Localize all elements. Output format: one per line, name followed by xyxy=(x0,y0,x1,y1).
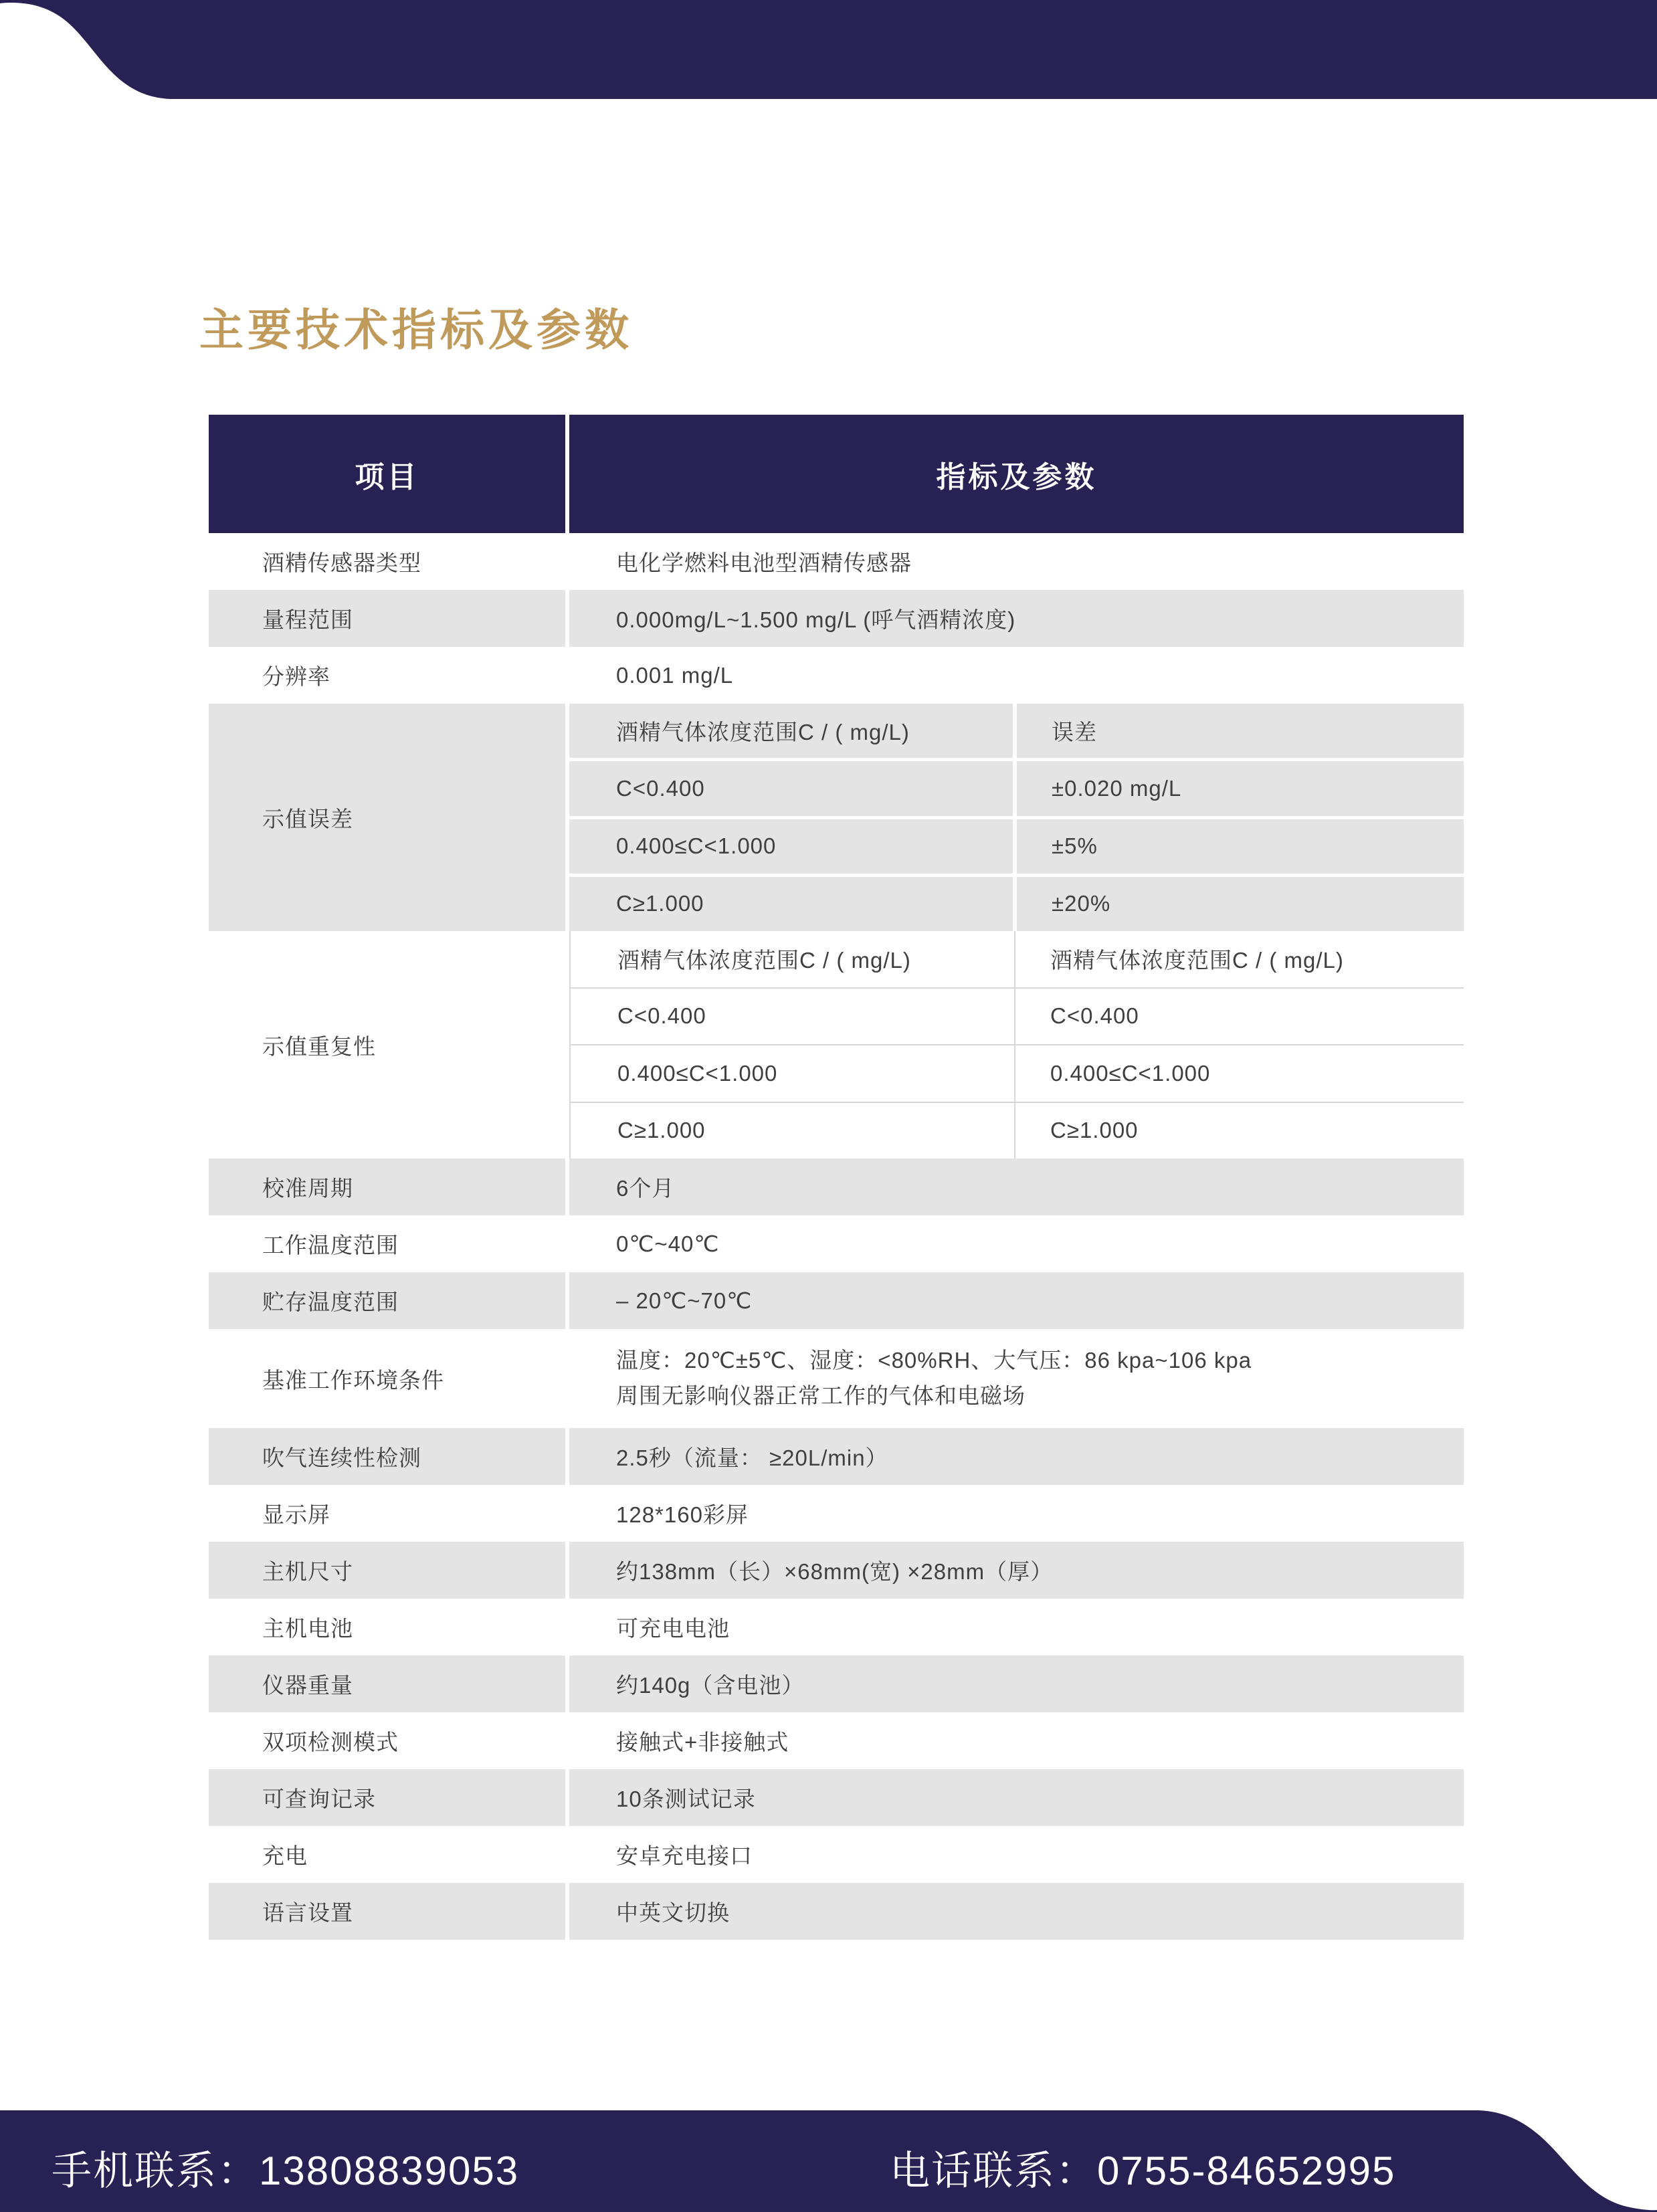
row-value: 0℃~40℃ xyxy=(569,1215,1464,1272)
sub-row: 酒精气体浓度范围C / ( mg/L) 酒精气体浓度范围C / ( mg/L) xyxy=(571,931,1464,987)
row-label: 分辨率 xyxy=(209,647,565,704)
table-row: 工作温度范围 0℃~40℃ xyxy=(209,1215,1464,1272)
table-row: 仪器重量 约140g（含电池） xyxy=(209,1655,1464,1712)
table-header-row: 项目 指标及参数 xyxy=(209,415,1464,533)
row-value: 0.001 mg/L xyxy=(569,647,1464,704)
sub-cell: 误差 xyxy=(1017,704,1464,758)
sub-cell: C<0.400 xyxy=(571,989,1014,1045)
footer-banner: 手机联系：13808839053 电话联系：0755-84652995 xyxy=(0,2110,1657,2212)
row-label: 示值误差 xyxy=(209,704,565,931)
row-value: 安卓充电接口 xyxy=(569,1826,1464,1883)
sub-cell: 酒精气体浓度范围C / ( mg/L) xyxy=(569,704,1013,758)
row-label: 充电 xyxy=(209,1826,565,1883)
sub-cell: C<0.400 xyxy=(1015,989,1464,1045)
table-row: 吹气连续性检测 2.5秒（流量： ≥20L/min） xyxy=(209,1428,1464,1485)
row-label: 示值重复性 xyxy=(209,931,565,1159)
sub-row: 酒精气体浓度范围C / ( mg/L) 误差 xyxy=(569,704,1464,758)
row-value: – 20℃~70℃ xyxy=(569,1272,1464,1329)
row-value: 温度：20℃±5℃、湿度：<80%RH、大气压：86 kpa~106 kpa 周… xyxy=(569,1329,1464,1428)
sub-cell: 酒精气体浓度范围C / ( mg/L) xyxy=(571,931,1014,987)
sub-cell: ±5% xyxy=(1017,819,1464,874)
sub-cell: ±0.020 mg/L xyxy=(1017,761,1464,815)
row-value: 128*160彩屏 xyxy=(569,1485,1464,1542)
repeat-subtable: 酒精气体浓度范围C / ( mg/L) 酒精气体浓度范围C / ( mg/L) … xyxy=(569,931,1464,1159)
row-value: 电化学燃料电池型酒精传感器 xyxy=(569,533,1464,590)
footer-mobile-contact: 手机联系：13808839053 xyxy=(52,2139,519,2197)
row-label: 校准周期 xyxy=(209,1159,565,1215)
table-row: 可查询记录 10条测试记录 xyxy=(209,1769,1464,1826)
row-label: 仪器重量 xyxy=(209,1655,565,1712)
row-value: 可充电电池 xyxy=(569,1599,1464,1655)
sub-cell: 0.400≤C<1.000 xyxy=(569,819,1013,874)
spec-table: 项目 指标及参数 酒精传感器类型 电化学燃料电池型酒精传感器 量程范围 0.00… xyxy=(209,415,1464,1940)
table-row: 双项检测模式 接触式+非接触式 xyxy=(209,1712,1464,1769)
sub-row: C≥1.000 ±20% xyxy=(569,877,1464,931)
error-subtable: 酒精气体浓度范围C / ( mg/L) 误差 C<0.400 ±0.020 mg… xyxy=(569,704,1464,931)
footer-phone-contact: 电话联系：0755-84652995 xyxy=(890,2139,1395,2197)
sub-cell: C<0.400 xyxy=(569,761,1013,815)
row-value: 接触式+非接触式 xyxy=(569,1712,1464,1769)
table-row: 酒精传感器类型 电化学燃料电池型酒精传感器 xyxy=(209,533,1464,590)
table-row-environment: 基准工作环境条件 温度：20℃±5℃、湿度：<80%RH、大气压：86 kpa~… xyxy=(209,1329,1464,1428)
row-value: 约138mm（长）×68mm(宽) ×28mm（厚） xyxy=(569,1542,1464,1599)
row-label: 工作温度范围 xyxy=(209,1215,565,1272)
sub-row: C<0.400 ±0.020 mg/L xyxy=(569,761,1464,815)
row-label: 主机尺寸 xyxy=(209,1542,565,1599)
row-value: 中英文切换 xyxy=(569,1883,1464,1940)
row-value: 10条测试记录 xyxy=(569,1769,1464,1826)
row-label: 主机电池 xyxy=(209,1599,565,1655)
table-header-params: 指标及参数 xyxy=(569,415,1464,533)
env-line-1: 温度：20℃±5℃、湿度：<80%RH、大气压：86 kpa~106 kpa xyxy=(616,1343,1252,1379)
sub-cell: C≥1.000 xyxy=(1015,1103,1464,1159)
table-row: 主机电池 可充电电池 xyxy=(209,1599,1464,1655)
row-label: 吹气连续性检测 xyxy=(209,1428,565,1485)
row-label: 基准工作环境条件 xyxy=(209,1329,565,1428)
sub-cell: 0.400≤C<1.000 xyxy=(1015,1045,1464,1102)
table-row: 显示屏 128*160彩屏 xyxy=(209,1485,1464,1542)
page-title: 主要技术指标及参数 xyxy=(199,294,633,358)
error-section-row: 示值误差 酒精气体浓度范围C / ( mg/L) 误差 C<0.400 ±0.0… xyxy=(209,704,1464,931)
sub-cell: 酒精气体浓度范围C / ( mg/L) xyxy=(1015,931,1464,987)
row-label: 双项检测模式 xyxy=(209,1712,565,1769)
row-label: 语言设置 xyxy=(209,1883,565,1940)
sub-cell: C≥1.000 xyxy=(569,877,1013,931)
table-row: 充电 安卓充电接口 xyxy=(209,1826,1464,1883)
env-line-2: 周围无影响仪器正常工作的气体和电磁场 xyxy=(616,1379,1026,1414)
spec-sheet-page: 主要技术指标及参数 项目 指标及参数 酒精传感器类型 电化学燃料电池型酒精传感器… xyxy=(0,0,1657,2212)
row-label: 可查询记录 xyxy=(209,1769,565,1826)
top-banner-wave xyxy=(0,0,1657,99)
row-value: 约140g（含电池） xyxy=(569,1655,1464,1712)
row-label: 贮存温度范围 xyxy=(209,1272,565,1329)
table-row: 校准周期 6个月 xyxy=(209,1159,1464,1215)
sub-row: 0.400≤C<1.000 0.400≤C<1.000 xyxy=(571,1045,1464,1102)
sub-cell: 0.400≤C<1.000 xyxy=(571,1045,1014,1102)
sub-cell: ±20% xyxy=(1017,877,1464,931)
table-header-item: 项目 xyxy=(209,415,565,533)
row-value: 6个月 xyxy=(569,1159,1464,1215)
repeat-section-row: 示值重复性 酒精气体浓度范围C / ( mg/L) 酒精气体浓度范围C / ( … xyxy=(209,931,1464,1159)
table-row: 分辨率 0.001 mg/L xyxy=(209,647,1464,704)
table-row: 贮存温度范围 – 20℃~70℃ xyxy=(209,1272,1464,1329)
row-label: 酒精传感器类型 xyxy=(209,533,565,590)
sub-cell: C≥1.000 xyxy=(571,1103,1014,1159)
row-value: 0.000mg/L~1.500 mg/L (呼气酒精浓度) xyxy=(569,590,1464,647)
sub-row: C<0.400 C<0.400 xyxy=(571,989,1464,1045)
sub-row: C≥1.000 C≥1.000 xyxy=(571,1103,1464,1159)
table-row: 语言设置 中英文切换 xyxy=(209,1883,1464,1940)
sub-row: 0.400≤C<1.000 ±5% xyxy=(569,819,1464,874)
table-row: 量程范围 0.000mg/L~1.500 mg/L (呼气酒精浓度) xyxy=(209,590,1464,647)
row-value: 2.5秒（流量： ≥20L/min） xyxy=(569,1428,1464,1485)
row-label: 显示屏 xyxy=(209,1485,565,1542)
row-label: 量程范围 xyxy=(209,590,565,647)
table-row: 主机尺寸 约138mm（长）×68mm(宽) ×28mm（厚） xyxy=(209,1542,1464,1599)
